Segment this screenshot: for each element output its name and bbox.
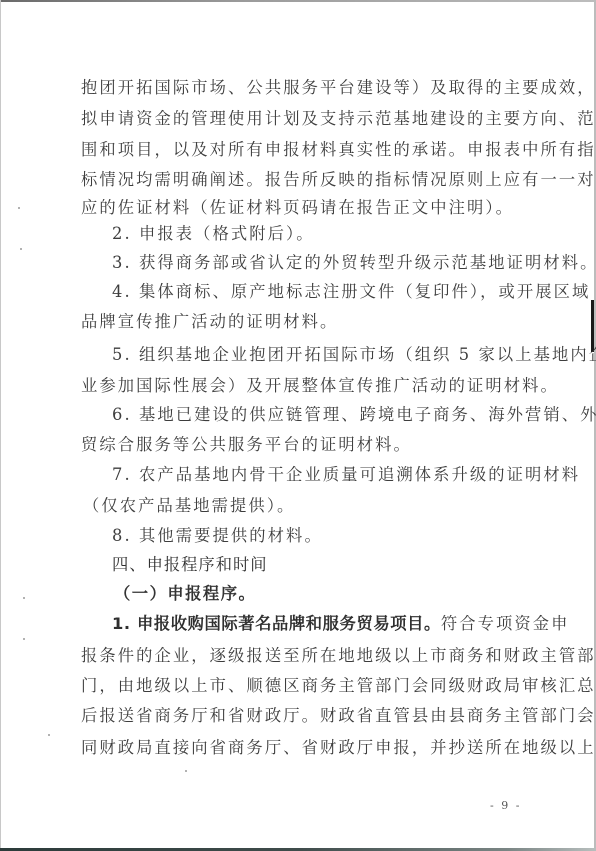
scan-speck	[23, 597, 25, 599]
paragraph-line: 拟申请资金的管理使用计划及支持示范基地建设的主要方向、范	[81, 107, 521, 131]
paragraph-line: 门，由地级以上市、顺德区商务主管部门会同级财政局审核汇总	[81, 674, 521, 698]
paragraph-line: 报条件的企业，逐级报送至所在地地级以上市商务和财政主管部	[81, 644, 521, 668]
list-item-2: 2. 申报表（格式附后）。	[112, 222, 522, 246]
list-item-8: 8. 其他需要提供的材料。	[112, 524, 522, 548]
list-item-4-continued: 品牌宣传推广活动的证明材料。	[81, 310, 521, 334]
procedure-item-1-title: 1. 申报收购国际著名品牌和服务贸易项目。	[112, 614, 441, 633]
scan-speck	[48, 734, 50, 736]
procedure-item-1: 1. 申报收购国际著名品牌和服务贸易项目。符合专项资金申	[112, 612, 522, 636]
paragraph-line: 应的佐证材料（佐证材料页码请在报告正文中注明）。	[81, 196, 521, 220]
list-item-7-continued: （仅农产品基地需提供）。	[83, 494, 523, 518]
scan-speck	[23, 638, 25, 640]
subsection-heading: （一）申报程序。	[114, 582, 524, 606]
list-item-4: 4. 集体商标、原产地标志注册文件（复印件），或开展区域	[112, 280, 522, 304]
list-item-7: 7. 农产品基地内骨干企业质量可追溯体系升级的证明材料	[112, 463, 522, 487]
paragraph-line: 围和项目，以及对所有申报材料真实性的承诺。申报表中所有指	[81, 138, 521, 162]
list-item-3: 3. 获得商务部或省认定的外贸转型升级示范基地证明材料。	[112, 251, 522, 275]
page-number: - 9 -	[490, 797, 530, 815]
scan-speck	[185, 770, 187, 772]
procedure-item-1-text: 符合专项资金申	[441, 614, 570, 633]
list-item-5-continued: 业参加国际性展会）及开展整体宣传推广活动的证明材料。	[81, 374, 521, 398]
list-item-6: 6. 基地已建设的供应链管理、跨境电子商务、海外营销、外	[112, 403, 522, 427]
paragraph-line: 同财政局直接向省商务厅、省财政厅申报，并抄送所在地级以上	[81, 736, 521, 760]
paragraph-line: 抱团开拓国际市场、公共服务平台建设等）及取得的主要成效，	[81, 76, 521, 100]
scan-speck	[18, 207, 20, 209]
list-item-5: 5. 组织基地企业抱团开拓国际市场（组织 5 家以上基地内企	[112, 343, 522, 367]
paragraph-line: 标情况均需明确阐述。报告所反映的指标情况原则上应有一一对	[81, 168, 521, 192]
paragraph-line: 后报送省商务厅和省财政厅。财政省直管县由县商务主管部门会	[81, 704, 521, 728]
section-heading: 四、申报程序和时间	[112, 553, 522, 577]
list-item-6-continued: 贸综合服务等公共服务平台的证明材料。	[81, 433, 521, 457]
document-page: 抱团开拓国际市场、公共服务平台建设等）及取得的主要成效， 拟申请资金的管理使用计…	[0, 0, 596, 851]
scan-speck	[20, 248, 22, 250]
